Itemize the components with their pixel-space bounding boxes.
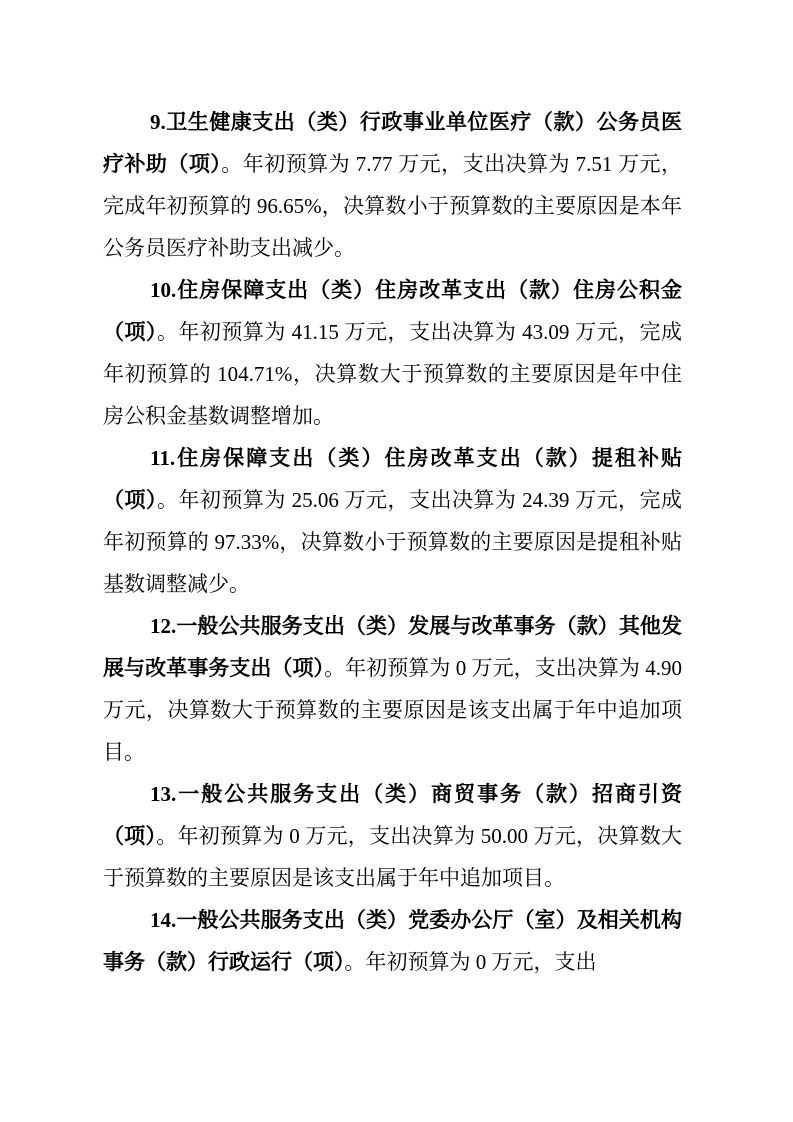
item-10-number: 10.: [150, 278, 176, 302]
item-14-number: 14.: [150, 908, 176, 932]
item-9-number: 9.: [150, 110, 166, 134]
item-13-body: 。年初预算为 0 万元，支出决算为 50.00 万元，决算数大于预算数的主要原因…: [103, 824, 682, 890]
item-11-number: 11.: [150, 446, 175, 470]
budget-item-paragraph-11: 11.住房保障支出（类）住房改革支出（款）提租补贴（项）。年初预算为 25.06…: [103, 437, 682, 605]
budget-item-paragraph-10: 10.住房保障支出（类）住房改革支出（款）住房公积金（项）。年初预算为 41.1…: [103, 269, 682, 437]
item-12-number: 12.: [150, 614, 176, 638]
budget-item-paragraph-14: 14.一般公共服务支出（类）党委办公厅（室）及相关机构事务（款）行政运行（项）。…: [103, 899, 682, 983]
budget-item-paragraph-12: 12.一般公共服务支出（类）发展与改革事务（款）其他发展与改革事务支出（项）。年…: [103, 605, 682, 773]
item-14-body: 。年初预算为 0 万元，支出: [345, 950, 597, 974]
document-page: 9.卫生健康支出（类）行政事业单位医疗（款）公务员医疗补助（项）。年初预算为 7…: [0, 0, 793, 1122]
budget-item-paragraph-13: 13.一般公共服务支出（类）商贸事务（款）招商引资（项）。年初预算为 0 万元，…: [103, 773, 682, 899]
item-11-body: 。年初预算为 25.06 万元，支出决算为 24.39 万元，完成年初预算的 9…: [103, 488, 682, 596]
item-13-number: 13.: [150, 782, 176, 806]
item-10-body: 。年初预算为 41.15 万元，支出决算为 43.09 万元，完成年初预算的 1…: [103, 320, 682, 428]
budget-item-paragraph-9: 9.卫生健康支出（类）行政事业单位医疗（款）公务员医疗补助（项）。年初预算为 7…: [103, 101, 682, 269]
